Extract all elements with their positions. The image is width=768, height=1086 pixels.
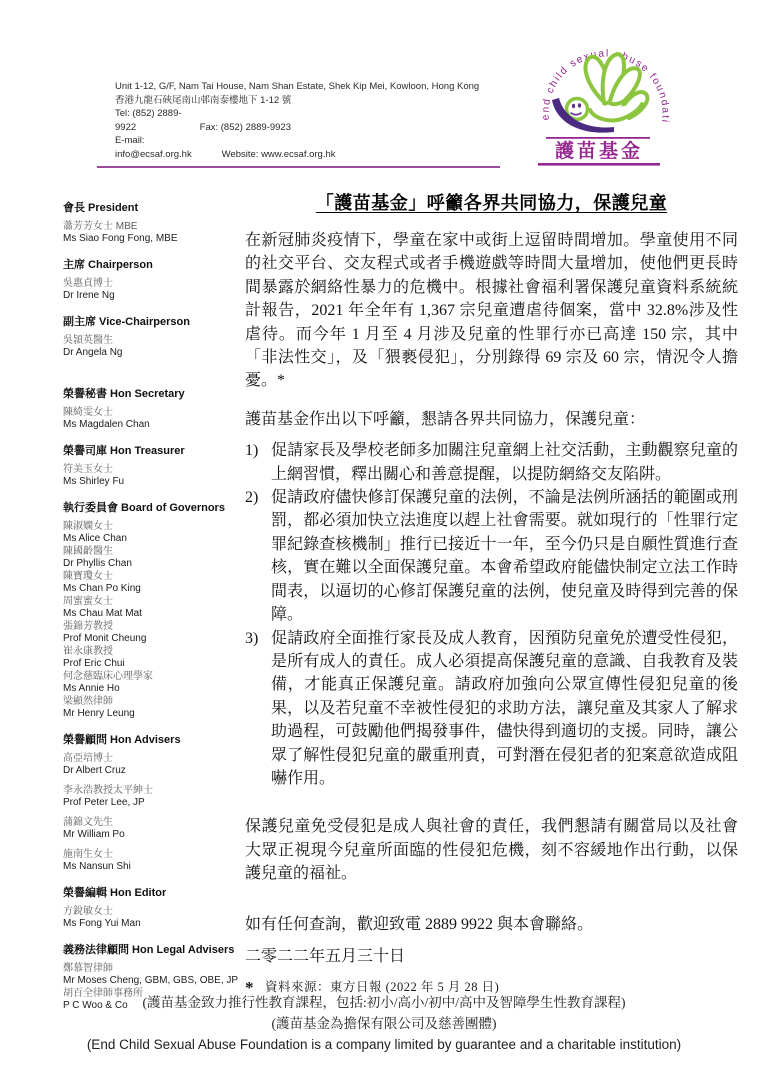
board-section-title: 會長 President [63, 202, 239, 215]
member-name-en: Prof Monit Cheung [63, 633, 239, 645]
letter-title: 「護苗基金」呼籲各界共同協力，保護兒童 [245, 190, 738, 216]
member-name-en: Dr Albert Cruz [63, 765, 239, 777]
board-section-title: 榮譽顧問 Hon Advisers [63, 734, 239, 747]
board-section: 榮譽顧問 Hon Advisers 高亞培博士Dr Albert Cruz李永浩… [63, 734, 239, 872]
page-footer: (護苗基金致力推行性教育課程，包括:初小/高小/初中/高中及智障學生性教育課程)… [0, 992, 768, 1055]
board-member: 蒲錦文先生Mr William Po [63, 817, 239, 840]
member-name-en: Ms Shirley Fu [63, 476, 239, 488]
board-section-members: 方銳敏女士Ms Fong Yui Man [63, 906, 239, 929]
member-name-en: Dr Phyllis Chan [63, 558, 239, 570]
appeal-item: 1) 促請家長及學校老師多加關注兒童網上社交活動，主動觀察兒童的上網習慣，釋出關… [245, 439, 738, 486]
board-member: 方銳敏女士Ms Fong Yui Man [63, 906, 239, 929]
member-name-en: Ms Chan Po King [63, 583, 239, 595]
member-name-en: Ms Magdalen Chan [63, 419, 239, 431]
board-section-title: 執行委員會 Board of Governors [63, 502, 239, 515]
member-name-zh: 陳綺雯女士 [63, 407, 239, 419]
board-member: 何念慈臨床心理學家Ms Annie Ho [63, 671, 239, 694]
member-name-en: Mr Henry Leung [63, 708, 239, 720]
member-name-zh: 吳惠貞博士 [63, 278, 239, 290]
footer-charity-zh: (護苗基金為擔保有限公司及慈善團體) [0, 1013, 768, 1034]
member-name-en: Ms Nansun Shi [63, 861, 239, 873]
tel-fax-line: Tel: (852) 2889-9922 Fax: (852) 2889-992… [115, 107, 479, 134]
email-address: E-mail: info@ecsaf.org.hk [115, 134, 219, 161]
board-section: 榮譽司庫 Hon Treasurer 符美玉女士Ms Shirley Fu [63, 445, 239, 487]
board-section: 副主席 Vice-Chairperson 吳頴英醫生Dr Angela Ng [63, 316, 239, 358]
member-name-zh: 施南生女士 [63, 849, 239, 861]
board-section: 主席 Chairperson 吳惠貞博士Dr Irene Ng [63, 259, 239, 301]
board-member: 高亞培博士Dr Albert Cruz [63, 753, 239, 776]
member-name-zh: 吳頴英醫生 [63, 335, 239, 347]
board-member: 吳頴英醫生Dr Angela Ng [63, 335, 239, 358]
board-section-title: 副主席 Vice-Chairperson [63, 316, 239, 329]
member-name-en: Ms Chau Mat Mat [63, 608, 239, 620]
member-name-zh: 崔永康教授 [63, 646, 239, 658]
member-name-zh: 方銳敏女士 [63, 906, 239, 918]
board-section-members: 陳綺雯女士Ms Magdalen Chan [63, 407, 239, 430]
appeal-item-number: 2) [245, 486, 271, 626]
board-member: 周蜜蜜女士Ms Chau Mat Mat [63, 596, 239, 619]
board-section-members: 高亞培博士Dr Albert Cruz李永浩教授太平紳士Prof Peter L… [63, 753, 239, 872]
board-member: 陳寶瓊女士Ms Chan Po King [63, 571, 239, 594]
board-member: 梁顯然律師Mr Henry Leung [63, 696, 239, 719]
member-name-en: Ms Annie Ho [63, 683, 239, 695]
board-section-title: 義務法律顧問 Hon Legal Advisers [63, 944, 239, 957]
member-name-zh: 李永浩教授太平紳士 [63, 785, 239, 797]
logo-name-zh: 護苗基金 [555, 139, 643, 162]
appeal-list: 1) 促請家長及學校老師多加關注兒童網上社交活動，主動觀察兒童的上網習慣，釋出關… [245, 439, 738, 790]
paragraph-appeal-lead: 護苗基金作出以下呼籲，懇請各界共同協力，保護兒童： [245, 408, 738, 431]
member-name-en: Prof Eric Chui [63, 658, 239, 670]
member-name-en: Ms Siao Fong Fong, MBE [63, 233, 239, 245]
contact-line: 如有任何查詢，歡迎致電 2889 9922 與本會聯絡。 [245, 913, 738, 936]
letter-body: 「護苗基金」呼籲各界共同協力，保護兒童 在新冠肺炎疫情下，學童在家中或街上逗留時… [245, 190, 738, 997]
appeal-item-text: 促請政府儘快修訂保護兒童的法例，不論是法例所涵括的範圍或刑罰，都必須加快立法進度… [271, 486, 738, 626]
board-member: 施南生女士Ms Nansun Shi [63, 849, 239, 872]
member-name-en: Prof Peter Lee, JP [63, 797, 239, 809]
board-member: 李永浩教授太平紳士Prof Peter Lee, JP [63, 785, 239, 808]
member-name-en: Dr Angela Ng [63, 347, 239, 359]
member-name-zh: 陳國齡醫生 [63, 546, 239, 558]
member-name-zh: 蕭芳芳女士 MBE [63, 221, 239, 233]
member-name-zh: 鄭慕智律師 [63, 963, 239, 975]
board-section-members: 吳頴英醫生Dr Angela Ng [63, 335, 239, 358]
member-name-en: Mr Moses Cheng, GBM, GBS, OBE, JP [63, 975, 239, 987]
member-name-zh: 蒲錦文先生 [63, 817, 239, 829]
sidebar: 會長 President 蕭芳芳女士 MBEMs Siao Fong Fong,… [63, 202, 239, 1013]
board-member: 崔永康教授Prof Eric Chui [63, 646, 239, 669]
board-member: 張錦芳教授Prof Monit Cheung [63, 621, 239, 644]
fax-number: Fax: (852) 2889-9923 [200, 121, 291, 135]
member-name-zh: 張錦芳教授 [63, 621, 239, 633]
member-name-en: Ms Alice Chan [63, 533, 239, 545]
tel-number: Tel: (852) 2889-9922 [115, 107, 197, 134]
board-section-title: 榮譽秘書 Hon Secretary [63, 388, 239, 401]
appeal-item: 2) 促請政府儘快修訂保護兒童的法例，不論是法例所涵括的範圍或刑罰，都必須加快立… [245, 486, 738, 626]
letterhead: Unit 1-12, G/F, Nam Tai House, Nam Shan … [115, 80, 479, 161]
board-section-title: 榮譽編輯 Hon Editor [63, 887, 239, 900]
letter-page: Unit 1-12, G/F, Nam Tai House, Nam Shan … [0, 0, 768, 1086]
board-section-title: 主席 Chairperson [63, 259, 239, 272]
board-member: 符美玉女士Ms Shirley Fu [63, 464, 239, 487]
board-member: 陳綺雯女士Ms Magdalen Chan [63, 407, 239, 430]
board-member: 吳惠貞博士Dr Irene Ng [63, 278, 239, 301]
date-line: 二零二二年五月三十日 [245, 945, 738, 968]
paragraph-intro: 在新冠肺炎疫情下，學童在家中或街上逗留時間增加。學童使用不同的社交平台、交友程式… [245, 229, 738, 393]
appeal-item: 3) 促請政府全面推行家長及成人教育，因預防兒童免於遭受性侵犯，是所有成人的責任… [245, 627, 738, 791]
board-member: 陳國齡醫生Dr Phyllis Chan [63, 546, 239, 569]
address-en: Unit 1-12, G/F, Nam Tai House, Nam Shan … [115, 80, 479, 94]
footer-charity-en: (End Child Sexual Abuse Foundation is a … [0, 1034, 768, 1055]
dove-hand-logo-icon: end child sexual abuse foundation [536, 20, 676, 172]
member-name-zh: 高亞培博士 [63, 753, 239, 765]
appeal-item-number: 1) [245, 439, 271, 486]
member-name-en: Mr William Po [63, 829, 239, 841]
board-section-title: 榮譽司庫 Hon Treasurer [63, 445, 239, 458]
appeal-item-number: 3) [245, 627, 271, 791]
member-name-zh: 梁顯然律師 [63, 696, 239, 708]
board-section: 榮譽編輯 Hon Editor 方銳敏女士Ms Fong Yui Man [63, 887, 239, 929]
board-section-members: 符美玉女士Ms Shirley Fu [63, 464, 239, 487]
email-website-line: E-mail: info@ecsaf.org.hk Website: www.e… [115, 134, 479, 161]
member-name-zh: 陳寶瓊女士 [63, 571, 239, 583]
member-name-zh: 何念慈臨床心理學家 [63, 671, 239, 683]
logo-underline [538, 163, 660, 166]
board-member: 蕭芳芳女士 MBEMs Siao Fong Fong, MBE [63, 221, 239, 244]
appeal-item-text: 促請家長及學校老師多加關注兒童網上社交活動，主動觀察兒童的上網習慣，釋出關心和善… [271, 439, 738, 486]
board-section: 會長 President 蕭芳芳女士 MBEMs Siao Fong Fong,… [63, 202, 239, 244]
footer-programs-zh: (護苗基金致力推行性教育課程，包括:初小/高小/初中/高中及智障學生性教育課程) [0, 992, 768, 1013]
board-member: 陳淑嫻女士Ms Alice Chan [63, 521, 239, 544]
address-zh: 香港九龍石硤尾南山邨南泰樓地下 1-12 號 [115, 94, 479, 108]
logo-thin-rule [546, 137, 650, 139]
board-member: 鄭慕智律師Mr Moses Cheng, GBM, GBS, OBE, JP [63, 963, 239, 986]
member-name-en: Ms Fong Yui Man [63, 918, 239, 930]
board-section: 執行委員會 Board of Governors 陳淑嫻女士Ms Alice C… [63, 502, 239, 719]
member-name-zh: 陳淑嫻女士 [63, 521, 239, 533]
member-name-en: Dr Irene Ng [63, 290, 239, 302]
foundation-logo: end child sexual abuse foundation [536, 20, 676, 172]
paragraph-closing: 保護兒童免受侵犯是成人與社會的責任，我們懇請有關當局以及社會大眾正視現今兒童所面… [245, 815, 738, 885]
board-section-members: 蕭芳芳女士 MBEMs Siao Fong Fong, MBE [63, 221, 239, 244]
member-name-zh: 周蜜蜜女士 [63, 596, 239, 608]
header-divider [97, 166, 500, 168]
board-section: 榮譽秘書 Hon Secretary 陳綺雯女士Ms Magdalen Chan [63, 388, 239, 430]
board-section-members: 陳淑嫻女士Ms Alice Chan陳國齡醫生Dr Phyllis Chan陳寶… [63, 521, 239, 719]
member-name-zh: 符美玉女士 [63, 464, 239, 476]
board-section-members: 吳惠貞博士Dr Irene Ng [63, 278, 239, 301]
appeal-item-text: 促請政府全面推行家長及成人教育，因預防兒童免於遭受性侵犯，是所有成人的責任。成人… [271, 627, 738, 791]
website-address: Website: www.ecsaf.org.hk [222, 148, 336, 162]
